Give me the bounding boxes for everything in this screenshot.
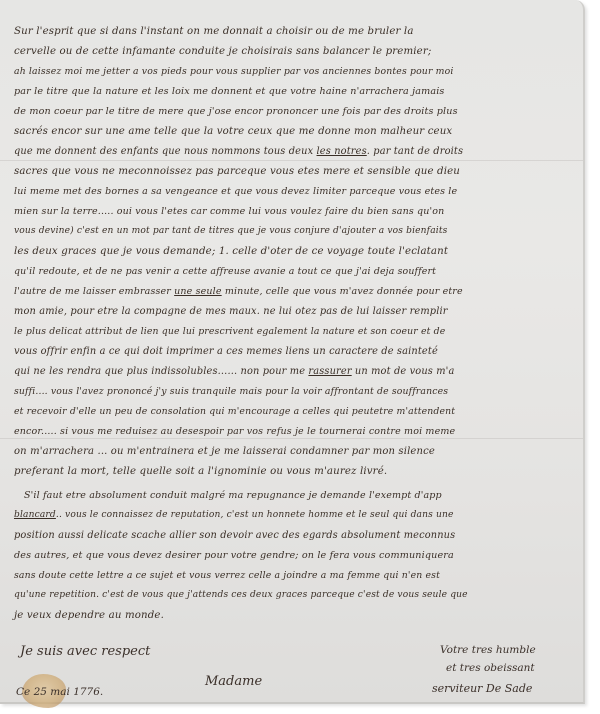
letter-line: de mon coeur par le titre de mere que j'…	[14, 106, 458, 117]
letter-line: sacrés encor sur une ame telle que la vo…	[14, 126, 452, 137]
letter-line: et recevoir d'elle un peu de consolation…	[14, 406, 455, 417]
letter-line: mien sur la terre..... oui vous l'etes c…	[14, 206, 444, 217]
letter-line: qui ne les rendra que plus indissolubles…	[14, 366, 455, 377]
underlined-phrase: les notres	[317, 146, 367, 157]
paper-fold-line	[0, 160, 583, 161]
signature-line: Votre tres humble	[440, 644, 536, 656]
underlined-phrase: blancard	[14, 510, 56, 520]
letter-line: encor..... si vous me reduisez au desesp…	[14, 426, 455, 437]
underlined-phrase: une seule	[174, 286, 222, 297]
letter-line: l'autre de me laisser embrasser une seul…	[14, 286, 463, 297]
letter-line: Sur l'esprit que si dans l'instant on me…	[14, 26, 414, 37]
letter-line: des autres, et que vous devez desirer po…	[14, 550, 454, 561]
letter-line: sacres que vous ne meconnoissez pas parc…	[14, 166, 460, 177]
letter-line: preferant la mort, telle quelle soit a l…	[14, 466, 387, 477]
letter-page: Sur l'esprit que si dans l'instant on me…	[0, 0, 585, 704]
letter-line: que me donnent des enfants que nous nomm…	[14, 146, 463, 157]
underlined-phrase: rassurer	[308, 366, 351, 377]
letter-line: position aussi delicate scache allier so…	[14, 530, 455, 541]
letter-line: suffi.... vous l'avez prononcé j'y suis …	[14, 386, 448, 397]
letter-line: par le titre que la nature et les loix m…	[14, 86, 444, 97]
letter-date: Ce 25 mai 1776.	[16, 686, 103, 698]
letter-line: qu'il redoute, et de ne pas venir a cett…	[14, 266, 436, 277]
letter-line: cervelle ou de cette infamante conduite …	[14, 46, 431, 57]
closing-respect: Je suis avec respect	[20, 644, 150, 659]
signature-line: et tres obeissant	[446, 662, 535, 674]
signature-line: serviteur De Sade	[432, 682, 532, 695]
letter-line: ah laissez moi me jetter a vos pieds pou…	[14, 66, 454, 77]
letter-line: vous offrir enfin a ce qui doit imprimer…	[14, 346, 438, 357]
letter-line: on m'arrachera ... ou m'entrainera et je…	[14, 446, 435, 457]
letter-line: je veux dependre au monde.	[14, 610, 164, 621]
letter-line: vous devine) c'est en un mot par tant de…	[14, 226, 447, 236]
letter-line: blancard.. vous le connaissez de reputat…	[14, 510, 454, 520]
letter-line: mon amie, pour etre la compagne de mes m…	[14, 306, 448, 317]
letter-line: le plus delicat attribut de lien que lui…	[14, 326, 445, 337]
letter-line: S'il faut etre absolument conduit malgré…	[24, 490, 442, 501]
letter-line: qu'une repetition. c'est de vous que j'a…	[14, 590, 468, 600]
salutation-madame: Madame	[205, 674, 262, 689]
paper-fold-line	[0, 438, 583, 439]
letter-line: lui meme met des bornes a sa vengeance e…	[14, 186, 457, 197]
letter-line: les deux graces que je vous demande; 1. …	[14, 246, 448, 257]
letter-line: sans doute cette lettre a ce sujet et vo…	[14, 570, 440, 581]
